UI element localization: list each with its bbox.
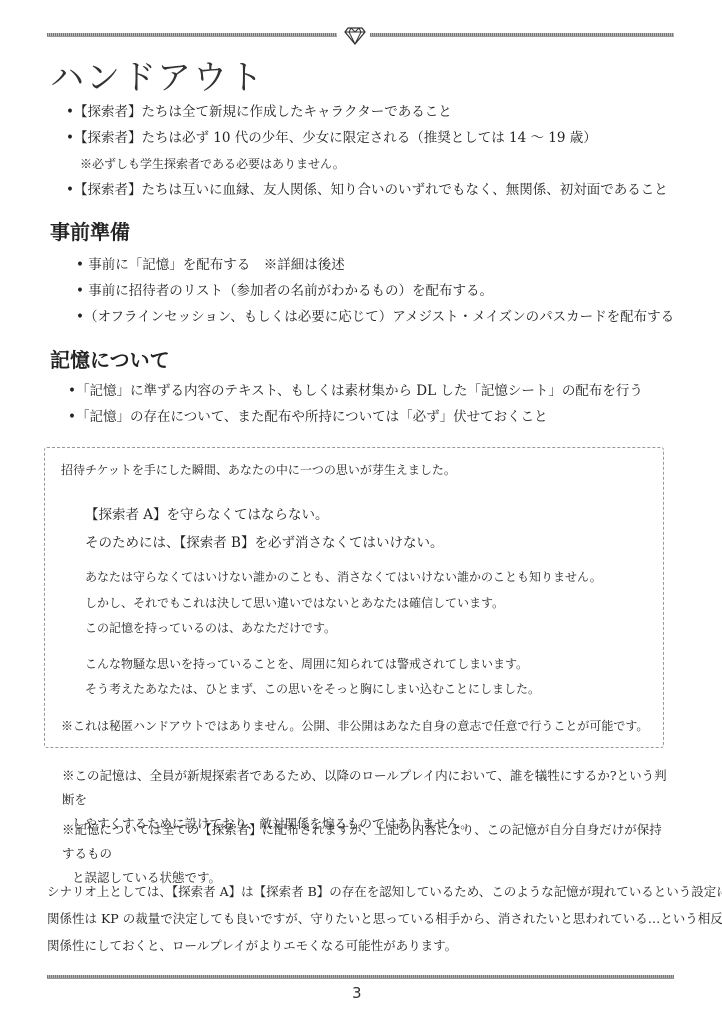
list-item: •【探索者】たちは全て新規に作成したキャラクターであること bbox=[66, 99, 668, 125]
memory-list: •「記憶」に準ずる内容のテキスト、もしくは素材集から DL した「記憶シート」の… bbox=[68, 378, 643, 430]
page-title: ハンドアウト bbox=[50, 50, 265, 99]
memory-footnote: ※これは秘匿ハンドアウトではありません。公開、非公開はあなた自身の意志で任意で行… bbox=[61, 717, 648, 734]
preparation-list: • 事前に「記憶」を配布する ※詳細は後述 • 事前に招待者のリスト（参加者の名… bbox=[76, 252, 674, 330]
page-number: 3 bbox=[352, 984, 362, 1002]
header-divider-left bbox=[47, 33, 337, 37]
list-item: •（オフラインセッション、もしくは必要に応じて）アメジスト・メイズンのパスカード… bbox=[76, 304, 674, 330]
list-item: • 事前に「記憶」を配布する ※詳細は後述 bbox=[76, 252, 674, 278]
list-item: •【探索者】たちは互いに血縁、友人関係、知り合いのいずれでもなく、無関係、初対面… bbox=[66, 177, 668, 203]
memory-line-a: 【探索者 A】を守らなくてはならない。 bbox=[85, 503, 329, 523]
memory-handout-box: 招待チケットを手にした瞬間、あなたの中に一つの思いが芽生えました。 【探索者 A… bbox=[44, 447, 664, 748]
note-line: ※この記憶は、全員が新規探索者であるため、以降のロールプレイ内において、誰を犠牲… bbox=[62, 764, 672, 812]
memory-paragraph: この記憶を持っているのは、あなただけです。 bbox=[85, 619, 336, 636]
handout-conditions-list: •【探索者】たちは全て新規に作成したキャラクターであること •【探索者】たちは必… bbox=[66, 99, 668, 203]
note-line: ※記憶については全ての【探索者】に配布されますが、上記の内容により、この記憶が自… bbox=[62, 818, 672, 866]
memory-paragraph: しかし、それでもこれは決して思い違いではないとあなたは確信しています。 bbox=[85, 594, 504, 611]
list-item: •「記憶」に準ずる内容のテキスト、もしくは素材集から DL した「記憶シート」の… bbox=[68, 378, 643, 404]
memory-paragraph: あなたは守らなくてはいけない誰かのことも、消さなくてはいけない誰かのことも知りま… bbox=[85, 568, 602, 585]
paragraph-line: シナリオ上としては、【探索者 A】は【探索者 B】の存在を認知しているため、この… bbox=[47, 878, 697, 905]
section-heading-preparation: 事前準備 bbox=[50, 216, 130, 245]
list-item: •「記憶」の存在について、また配布や所持については「必ず」伏せておくこと bbox=[68, 404, 643, 430]
paragraph-line: 関係性は KP の裁量で決定しても良いですが、守りたいと思っている相手から、消さ… bbox=[47, 905, 697, 932]
scenario-explanation: シナリオ上としては、【探索者 A】は【探索者 B】の存在を認知しているため、この… bbox=[47, 878, 697, 959]
list-item-note: ※必ずしも学生探索者である必要はありません。 bbox=[66, 151, 668, 177]
memory-intro: 招待チケットを手にした瞬間、あなたの中に一つの思いが芽生えました。 bbox=[61, 461, 456, 478]
footer-divider bbox=[47, 975, 674, 979]
memory-line-b: そのためには、【探索者 B】を必ず消さなくてはいけない。 bbox=[85, 531, 443, 551]
memory-paragraph: こんな物騒な思いを持っていることを、周囲に知られては警戒されてしまいます。 bbox=[85, 655, 528, 672]
memory-paragraph: そう考えたあなたは、ひとまず、この思いをそっと胸にしまい込むことにしました。 bbox=[85, 680, 540, 697]
list-item: •【探索者】たちは必ず 10 代の少年、少女に限定される（推奨としては 14 ～… bbox=[66, 125, 668, 151]
paragraph-line: 関係性にしておくと、ロールプレイがよりエモくなる可能性があります。 bbox=[47, 932, 697, 959]
list-item: • 事前に招待者のリスト（参加者の名前がわかるもの）を配布する。 bbox=[76, 278, 674, 304]
section-heading-memory: 記憶について bbox=[50, 344, 170, 373]
header-divider-right bbox=[370, 33, 674, 37]
diamond-icon bbox=[343, 22, 367, 46]
